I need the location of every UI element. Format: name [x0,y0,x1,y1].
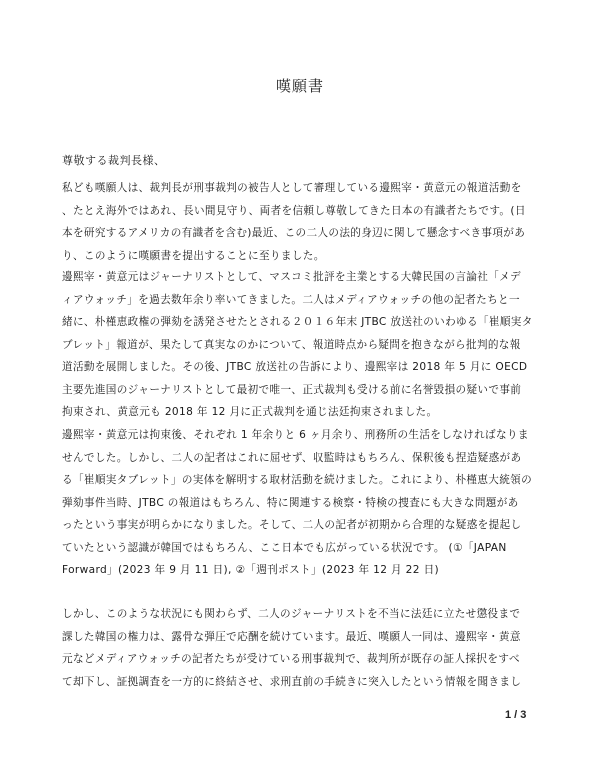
text-line: 元などメディアウォッチの記者たちが受けている刑事裁判で、裁判所が既存の証人採択を… [62,648,540,671]
text-line: 緒に、朴槿恵政権の弾劾を誘発させたとされる２０１６年末 JTBC 放送社のいわゆ… [62,311,540,334]
paragraph-3: 邊熙宰・黄意元は拘束後、それぞれ 1 年余りと 6 ヶ月余り、刑務所の生活をしな… [62,424,540,582]
text-line: り、このように嘆願書を提出することに至りました。 [62,245,540,268]
text-line: ィアウォッチ」を過去数年余り率いてきました。二人はメディアウォッチの他の記者たち… [62,289,540,312]
text-line: 主要先進国のジャーナリストとして最初で唯一、正式裁判も受ける前に名誉毀損の疑いで… [62,379,540,402]
text-line: 拘束され、黄意元も 2018 年 12 月に正式裁判を通じ法廷拘束されました。 [62,401,540,424]
text-line: 本を研究するアメリカの有識者を含む)最近、この二人の法的身辺に関して懸念すべき事… [62,222,540,245]
text-line: 邊熙宰・黄意元は拘束後、それぞれ 1 年余りと 6 ヶ月余り、刑務所の生活をしな… [62,424,540,447]
paragraph-4: しかし、このような状況にも関わらず、二人のジャーナリストを不当に法廷に立たせ懲役… [62,603,540,693]
paragraph-2: 邊熙宰・黄意元はジャーナリストとして、マスコミ批評を主業とする大韓民国の言論社「… [62,266,540,424]
text-line: 、たとえ海外ではあれ、長い間見守り、両者を信頼し尊敬してきた日本の有識者たちです… [62,200,540,223]
text-line: ブレット」報道が、果たして真実なのかについて、報道時点から疑問を抱きながら批判的… [62,334,540,357]
document-title: 嘆願書 [0,75,600,96]
text-line: 私ども嘆願人は、裁判長が刑事裁判の被告人として審理している邊熙宰・黄意元の報道活… [62,177,540,200]
text-line: せんでした。しかし、二人の記者はこれに屈せず、収監時はもちろん、保釈後も捏造疑惑… [62,447,540,470]
text-line: ていたという認識が韓国ではもちろん、ここ日本でも広がっている状況です。 (①「J… [62,537,540,560]
page-indicator: 1 / 3 [505,709,526,721]
text-line: ったという事実が明らかになりました。そして、二人の記者が初期から合理的な疑惑を提… [62,514,540,537]
text-line: て却下し、証拠調査を一方的に終結させ、求刑直前の手続きに突入したという情報を聞き… [62,671,540,694]
text-line: 課した韓国の権力は、露骨な弾圧で応酬を続けています。最近、嘆願人一同は、邊熙宰・… [62,626,540,649]
text-line: 弾劾事件当時、JTBC の報道はもちろん、特に関連する検察・特検の捜査にも大きな… [62,492,540,515]
salutation: 尊敬する裁判長様、 [62,152,540,168]
text-line: しかし、このような状況にも関わらず、二人のジャーナリストを不当に法廷に立たせ懲役… [62,603,540,626]
text-line: る「崔順実タブレット」の実体を解明する取材活動を続けました。これにより、朴槿恵大… [62,469,540,492]
text-line: 道活動を展開しました。その後、JTBC 放送社の告訴により、邊熙宰は 2018 … [62,356,540,379]
paragraph-1: 私ども嘆願人は、裁判長が刑事裁判の被告人として審理している邊熙宰・黄意元の報道活… [62,177,540,267]
document-page: 嘆願書 尊敬する裁判長様、 私ども嘆願人は、裁判長が刑事裁判の被告人として審理し… [0,0,600,776]
text-line: Forward」(2023 年 9 月 11 日), ②「週刊ポスト」(2023… [62,559,540,582]
text-line: 邊熙宰・黄意元はジャーナリストとして、マスコミ批評を主業とする大韓民国の言論社「… [62,266,540,289]
